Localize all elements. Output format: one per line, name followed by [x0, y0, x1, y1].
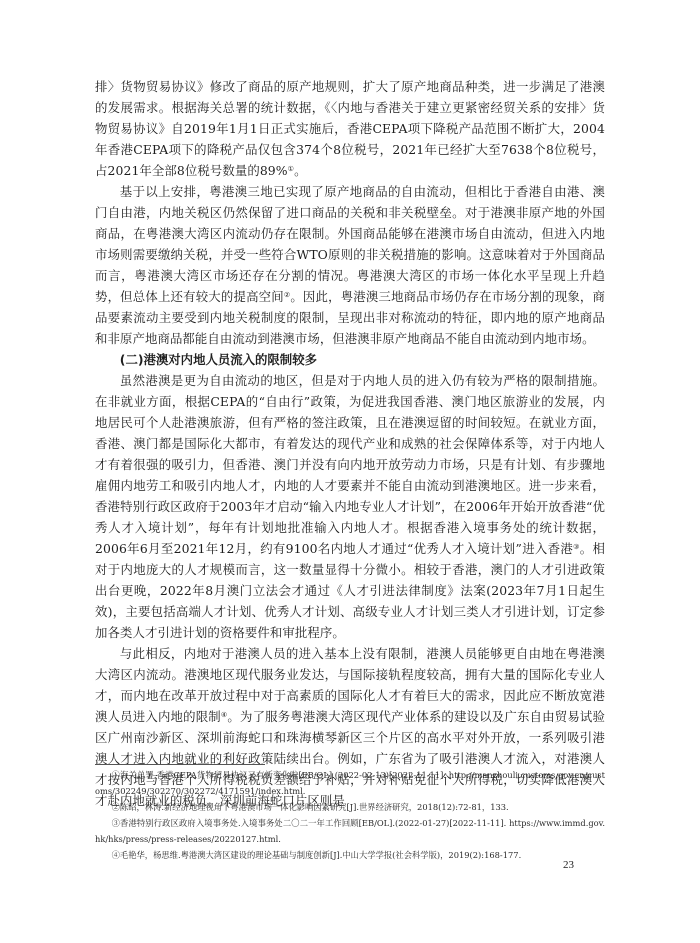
paragraph-tail: 。 — [294, 163, 307, 178]
section-heading: (二)港澳对内地人员流入的限制较多 — [95, 349, 605, 370]
paragraph-text: 虽然港澳是更为自由流动的地区，但是对于内地人员的进入仍有较为严格的限制措施。在非… — [95, 373, 605, 556]
footnote-divider — [95, 764, 265, 765]
paragraph-market-segmentation: 基于以上安排，粤港澳三地已实现了原产地商品的自由流动，但相比于香港自由港、澳门自… — [95, 181, 605, 349]
page-number: 23 — [563, 859, 574, 871]
footnotes: ①海关总署.香港CEPA货物贸易协议又有新变化啦[EB/OL].(2022-02… — [95, 767, 605, 863]
footnote-4: ④毛艳华，杨思维.粤港澳大湾区建设的理论基础与制度创新[J].中山大学学报(社会… — [95, 847, 605, 863]
paragraph-text: 排〉货物贸易协议》修改了商品的原产地规则，扩大了原产地商品种类，进一步满足了港澳… — [95, 79, 605, 178]
footnote-2: ②陈昭，林涛.新经济地理视角下粤港澳市场一体化影响因素研究[J].世界经济研究，… — [95, 799, 605, 815]
footnote-ref-3[interactable]: ③ — [573, 543, 580, 551]
paragraph-cepa-trade: 排〉货物贸易协议》修改了商品的原产地规则，扩大了原产地商品种类，进一步满足了港澳… — [95, 76, 605, 181]
paragraph-personnel-restrictions: 虽然港澳是更为自由流动的地区，但是对于内地人员的进入仍有较为严格的限制措施。在非… — [95, 370, 605, 643]
article-body: 排〉货物贸易协议》修改了商品的原产地规则，扩大了原产地商品种类，进一步满足了港澳… — [95, 76, 605, 811]
footnote-1: ①海关总署.香港CEPA货物贸易协议又有新变化啦[EB/OL].(2022-02… — [95, 767, 605, 799]
footnote-3: ③香港特别行政区政府入境事务处.入境事务处二〇二一年工作回顾[EB/OL].(2… — [95, 815, 605, 847]
paragraph-text: 基于以上安排，粤港澳三地已实现了原产地商品的自由流动，但相比于香港自由港、澳门自… — [95, 184, 605, 304]
